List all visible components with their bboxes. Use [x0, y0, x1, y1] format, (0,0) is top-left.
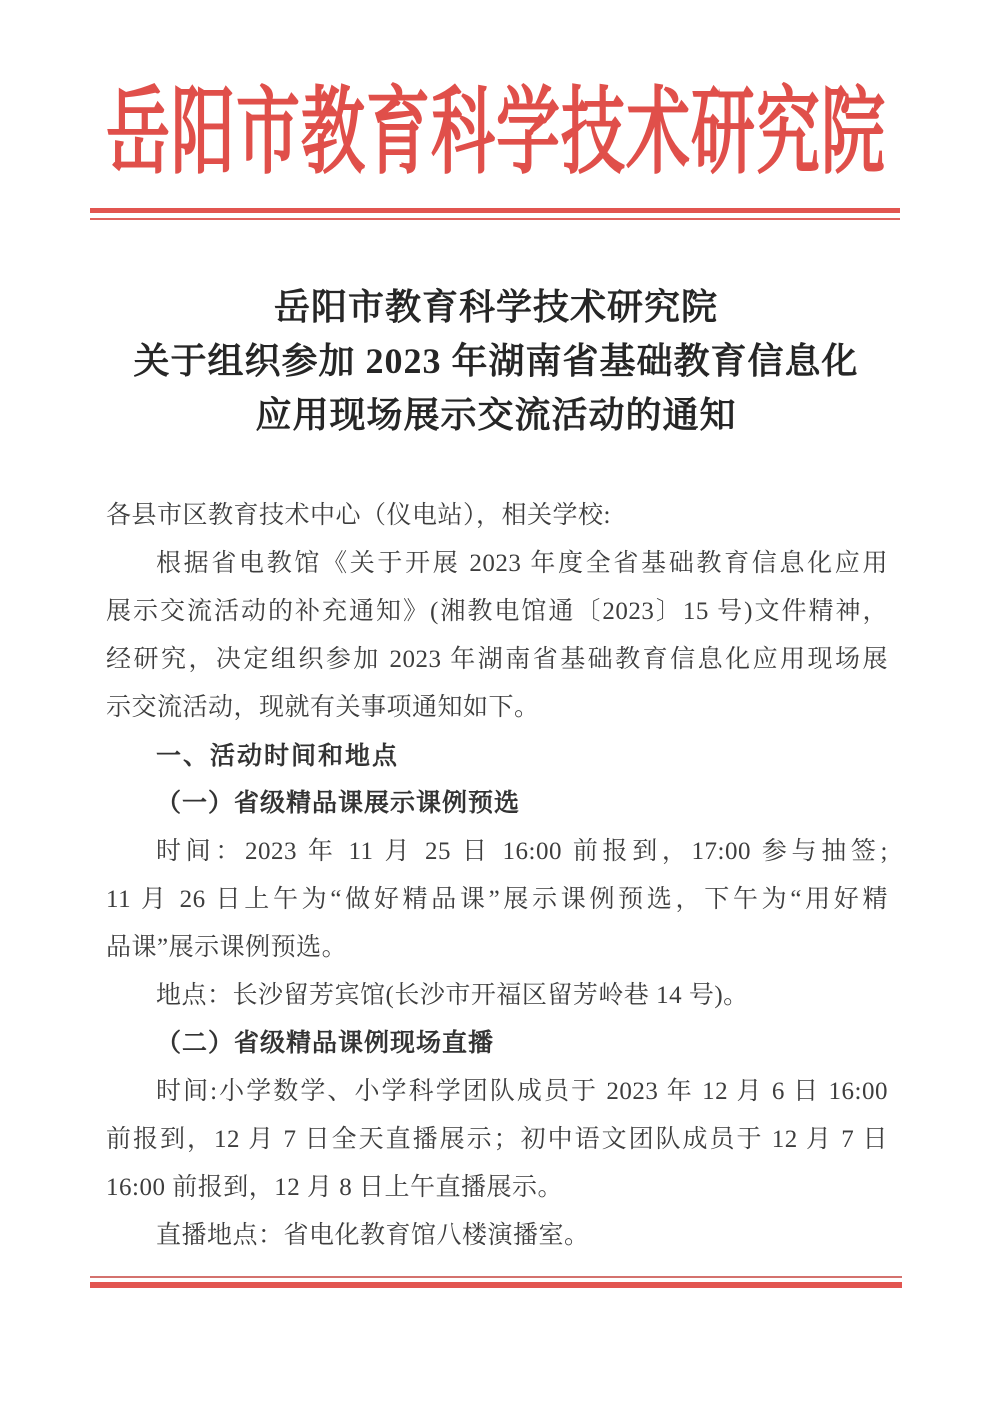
body-line: 时间:小学数学、小学科学团队成员于 2023 年 12 月 6 日 16:00 [106, 1068, 888, 1116]
document-title: 岳阳市教育科学技术研究院 关于组织参加 2023 年湖南省基础教育信息化 应用现… [0, 280, 992, 442]
body-line: 品课”展示课例预选。 [106, 924, 888, 972]
letterhead-title: 岳阳市教育科学技术研究院 [106, 86, 886, 181]
body-line: 时间：2023 年 11 月 25 日 16:00 前报到，17:00 参与抽签… [106, 828, 888, 876]
section-heading-1: 一、活动时间和地点 [106, 732, 888, 780]
document-title-line-3: 应用现场展示交流活动的通知 [0, 388, 992, 442]
salutation-line: 各县市区教育技术中心（仪电站），相关学校: [106, 492, 888, 540]
document-title-line-1: 岳阳市教育科学技术研究院 [0, 280, 992, 334]
body-line: 展示交流活动的补充通知》(湘教电馆通〔2023〕15 号)文件精神， [106, 588, 888, 636]
body-line: 示交流活动，现就有关事项通知如下。 [106, 684, 888, 732]
body-line: 根据省电教馆《关于开展 2023 年度全省基础教育信息化应用 [106, 540, 888, 588]
subsection-heading-2: （二）省级精品课例现场直播 [106, 1020, 888, 1068]
body-line: 直播地点：省电化教育馆八楼演播室。 [106, 1212, 888, 1260]
letterhead-rule [90, 208, 900, 220]
body-line: 16:00 前报到，12 月 8 日上午直播展示。 [106, 1164, 888, 1212]
body-line: 经研究，决定组织参加 2023 年湖南省基础教育信息化应用现场展 [106, 636, 888, 684]
document-page: 岳阳市教育科学技术研究院 岳阳市教育科学技术研究院 关于组织参加 2023 年湖… [0, 0, 992, 1403]
document-title-line-2: 关于组织参加 2023 年湖南省基础教育信息化 [0, 334, 992, 388]
subsection-heading-1: （一）省级精品课展示课例预选 [106, 780, 888, 828]
footer-rule-thick [90, 1282, 902, 1288]
body-line: 11 月 26 日上午为“做好精品课”展示课例预选，下午为“用好精 [106, 876, 888, 924]
letterhead-rule-thin [90, 218, 900, 220]
document-body: 各县市区教育技术中心（仪电站），相关学校: 根据省电教馆《关于开展 2023 年… [0, 492, 992, 1260]
body-line: 前报到，12 月 7 日全天直播展示；初中语文团队成员于 12 月 7 日 [106, 1116, 888, 1164]
letterhead: 岳阳市教育科学技术研究院 [0, 86, 992, 198]
body-line: 地点：长沙留芳宾馆(长沙市开福区留芳岭巷 14 号)。 [106, 972, 888, 1020]
footer-rule [90, 1276, 902, 1288]
